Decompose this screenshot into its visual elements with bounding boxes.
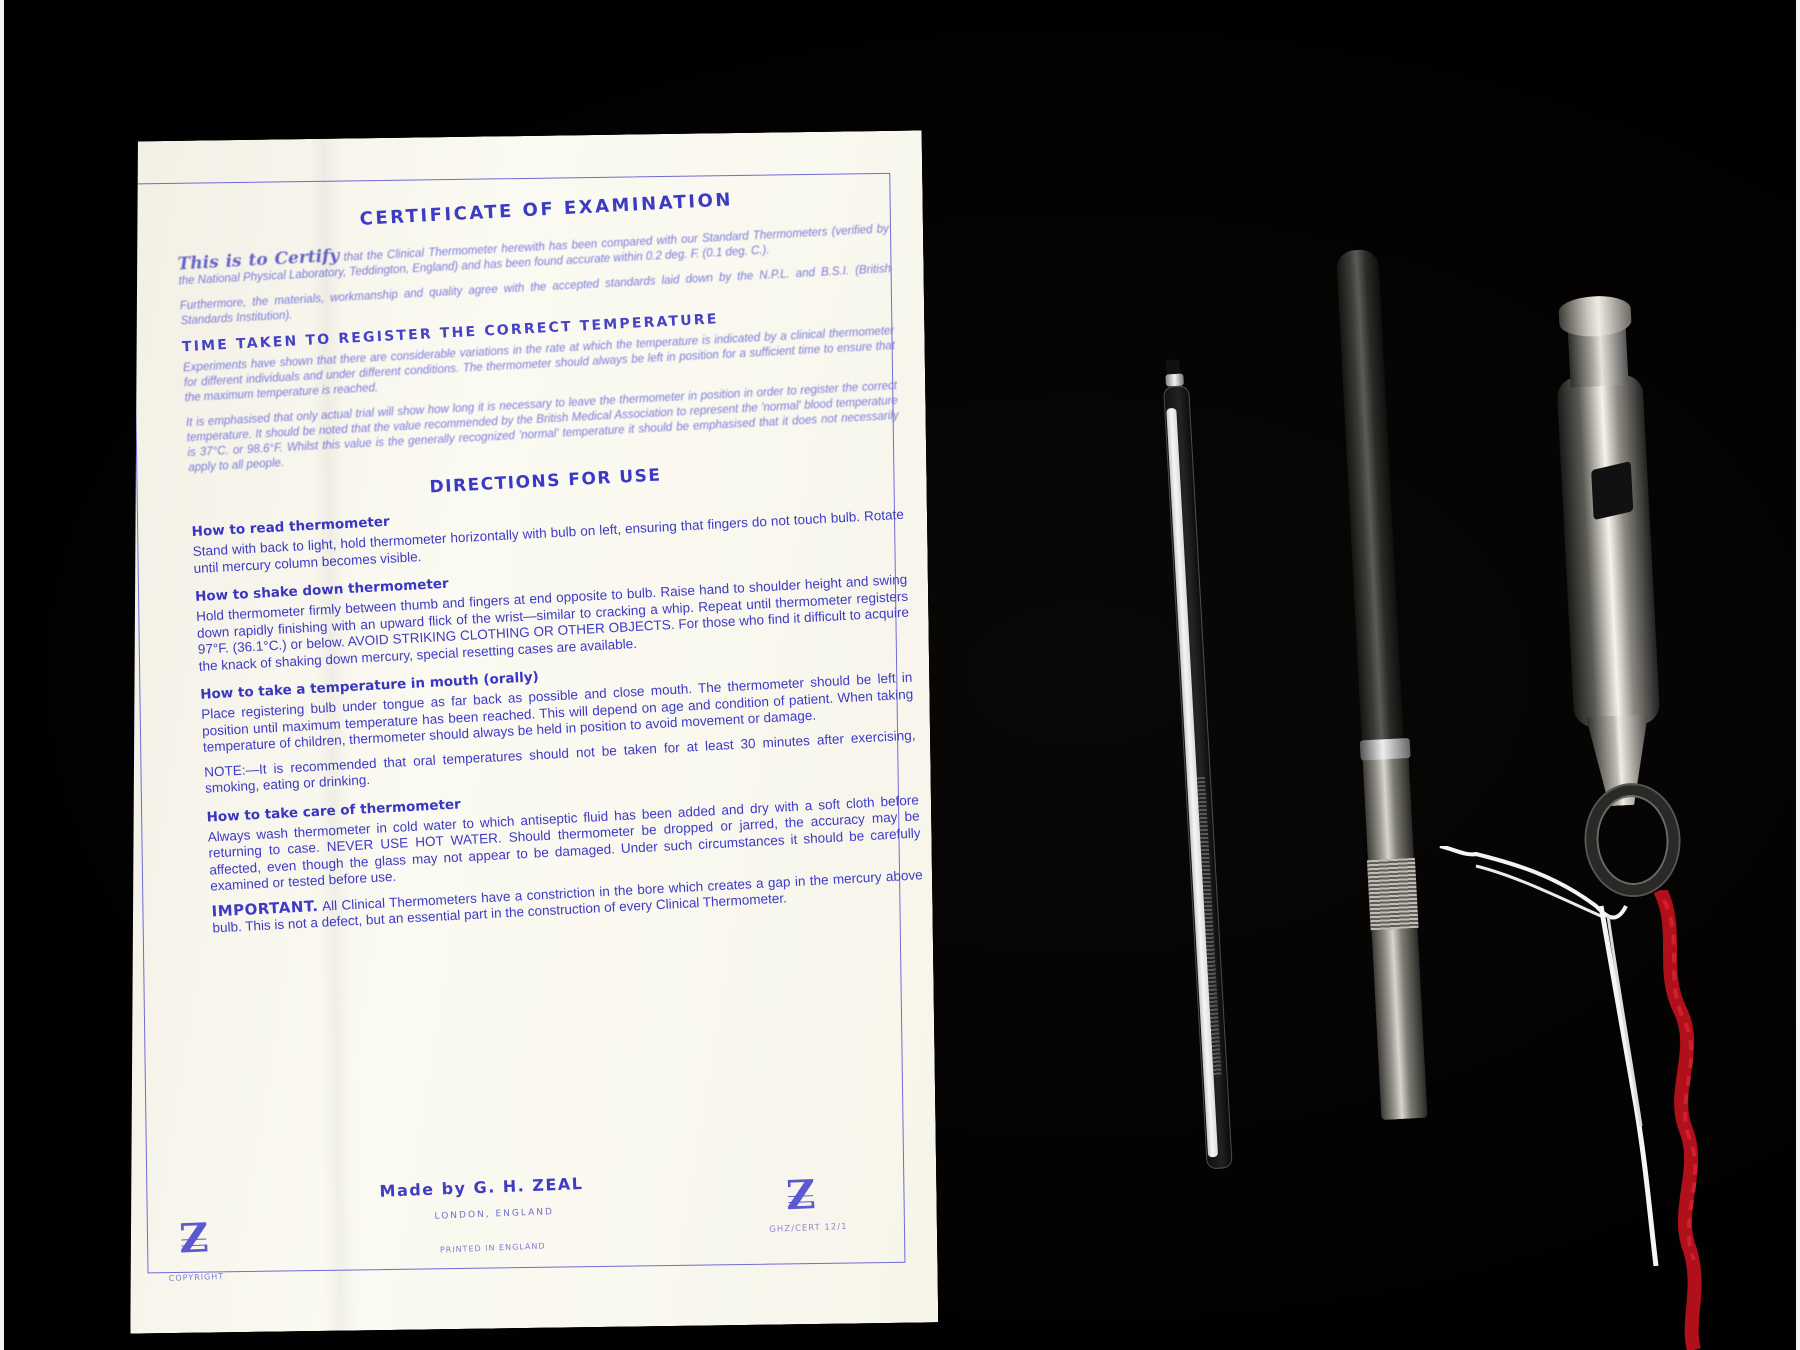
certificate-paper: CERTIFICATE OF EXAMINATION This is to Ce… — [114, 130, 939, 1333]
time-paragraph-1: Experiments have shown that there are co… — [183, 324, 896, 406]
section-heading-care: How to take care of thermometer — [206, 772, 918, 825]
note-paragraph: NOTE:—It is recommended that oral temper… — [204, 727, 917, 797]
photo-scene: CERTIFICATE OF EXAMINATION This is to Ce… — [0, 0, 1800, 1350]
furthermore-paragraph: Furthermore, the materials, workmanship … — [180, 262, 893, 329]
important-text: All Clinical Thermometers have a constri… — [212, 867, 923, 936]
printed-label: PRINTED IN ENGLAND — [440, 1241, 546, 1254]
certificate-border — [132, 173, 905, 1273]
red-string — [1650, 890, 1710, 1350]
copyright-label: COPYRIGHT — [169, 1272, 225, 1283]
section-heading-oral: How to take a temperature in mouth (oral… — [200, 650, 912, 703]
whistle-slot — [1591, 461, 1633, 520]
directions-heading: DIRECTIONS FOR USE — [190, 453, 902, 510]
made-by-label: Made by G. H. ZEAL — [379, 1174, 584, 1201]
white-string — [1436, 846, 1676, 1266]
section-heading-read: How to read thermometer — [191, 487, 903, 540]
section-body-care: Always wash thermometer in cold water to… — [207, 792, 921, 895]
certificate-title: CERTIFICATE OF EXAMINATION — [205, 181, 887, 238]
certify-text: that the Clinical Thermometer herewith h… — [178, 223, 889, 287]
zeal-logo-right: Z — [785, 1175, 816, 1216]
important-paragraph: IMPORTANT. All Clinical Thermometers hav… — [211, 866, 924, 937]
tube-knurl — [1367, 858, 1419, 930]
image-border-left — [0, 0, 4, 1350]
certify-paragraph: This is to Certify that the Clinical The… — [177, 220, 890, 289]
certify-lead: This is to Certify — [177, 246, 340, 274]
time-paragraph-2: It is emphasised that only actual trial … — [186, 379, 900, 476]
section-body-read: Stand with back to light, hold thermomet… — [192, 507, 905, 577]
section-body-shake: Hold thermometer firmly between thumb an… — [196, 572, 910, 675]
important-label: IMPORTANT. — [211, 896, 319, 920]
certificate-content: CERTIFICATE OF EXAMINATION This is to Ce… — [175, 175, 924, 945]
time-heading: TIME TAKEN TO REGISTER THE CORRECT TEMPE… — [182, 302, 894, 355]
section-heading-shake: How to shake down thermometer — [195, 552, 907, 605]
zeal-logo-left: Z — [179, 1218, 210, 1259]
section-body-oral: Place registering bulb under tongue as f… — [201, 670, 915, 757]
whistle-barrel — [1556, 374, 1660, 728]
certificate-number: GHZ/CERT 12/1 — [769, 1222, 848, 1235]
clinical-thermometer — [1160, 367, 1233, 1167]
tube-band — [1360, 738, 1411, 761]
metal-case-tube — [1336, 249, 1425, 1120]
whistle — [1530, 292, 1699, 859]
thermometer-cap — [1165, 373, 1184, 386]
image-border-right — [1796, 0, 1800, 1350]
certificate-footer: Z COPYRIGHT Made by G. H. ZEAL LONDON, E… — [127, 1150, 939, 1291]
location-label: LONDON, ENGLAND — [434, 1207, 554, 1222]
